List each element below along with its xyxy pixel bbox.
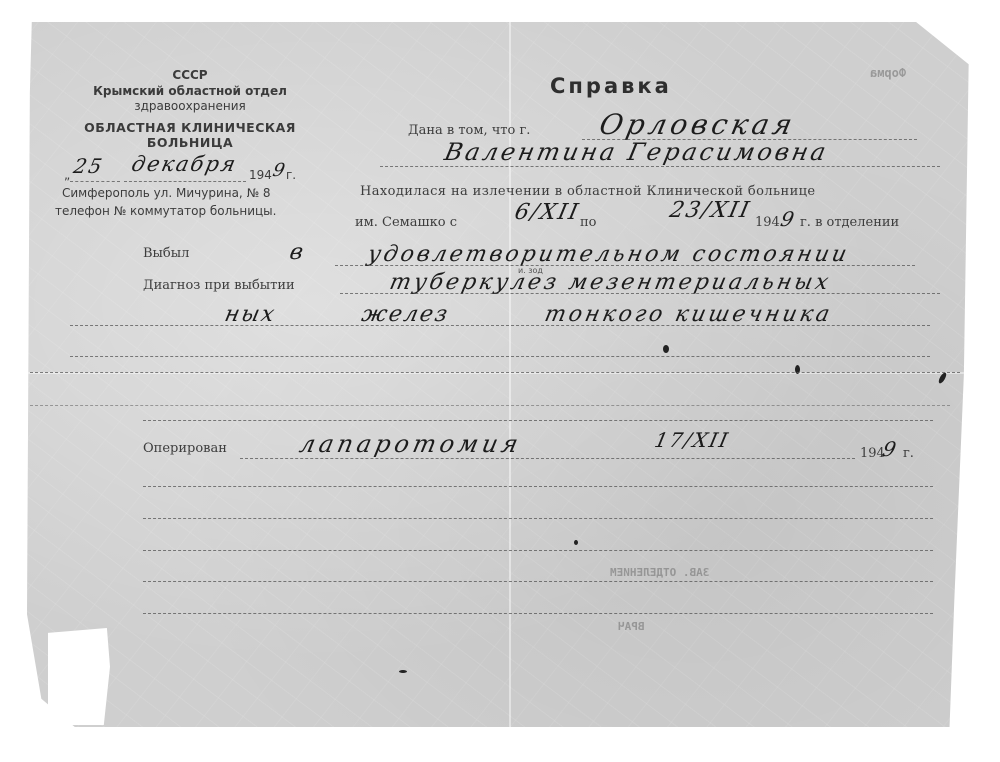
header-country: СССР	[150, 68, 230, 82]
treatment-from-date-handwritten: 6/XII	[512, 200, 582, 225]
operation-date-handwritten: 17/XII	[652, 428, 731, 452]
diagnosis-line-1-handwritten: туберкулез мезентериальных	[387, 270, 833, 295]
ink-blot	[663, 345, 669, 353]
diagnosis-line-2a-handwritten: ных	[222, 302, 278, 327]
operation-type-handwritten: лапаротомия	[297, 430, 525, 458]
header-department: Крымский областной отдел	[70, 84, 310, 98]
diagnosis-label: Диагноз при выбытии	[143, 278, 295, 293]
header-hospital: ОБЛАСТНАЯ КЛИНИЧЕСКАЯ	[60, 120, 320, 135]
diagnosis-line-2b-handwritten: желез	[359, 302, 451, 327]
patient-surname-handwritten: Орловская	[596, 108, 799, 141]
header-department-2: здравоохранения	[70, 99, 310, 113]
page-title: Справка	[550, 74, 672, 98]
treatment-line-1: Находилася на излечении в областной Клин…	[360, 184, 815, 199]
issued-to-label: Дана в том, что г.	[408, 123, 530, 138]
header-hospital-2: БОЛЬНИЦА	[60, 135, 320, 150]
treatment-to-date-handwritten: 23/XII	[667, 198, 753, 223]
treatment-prefix: им. Семашко с	[355, 215, 457, 230]
discharge-condition-handwritten: удовлетворительном состоянии	[365, 242, 851, 267]
patient-name-handwritten: Валентина Герасимовна	[442, 138, 831, 166]
torn-corner	[48, 628, 110, 725]
operated-label: Оперирован	[143, 441, 227, 456]
discharged-label: Выбыл	[143, 246, 189, 261]
diagnosis-line-2c-handwritten: тонкого кишечника	[542, 302, 834, 327]
header-address: Симферополь ул. Мичурина, № 8	[62, 186, 271, 200]
ink-blot	[399, 670, 407, 673]
header-phone: телефон № коммутатор больницы.	[55, 204, 276, 218]
date-month-handwritten: декабря	[129, 152, 239, 176]
ghost-stamp-1: ЗАВ. ОТДЕЛЕНИЕМ	[610, 566, 709, 579]
ghost-stamp-2: ВРАЧ	[618, 620, 645, 633]
ghost-text-top-right: Форма	[870, 66, 906, 80]
date-day-handwritten: 25	[71, 154, 106, 178]
ink-blot	[574, 540, 578, 545]
